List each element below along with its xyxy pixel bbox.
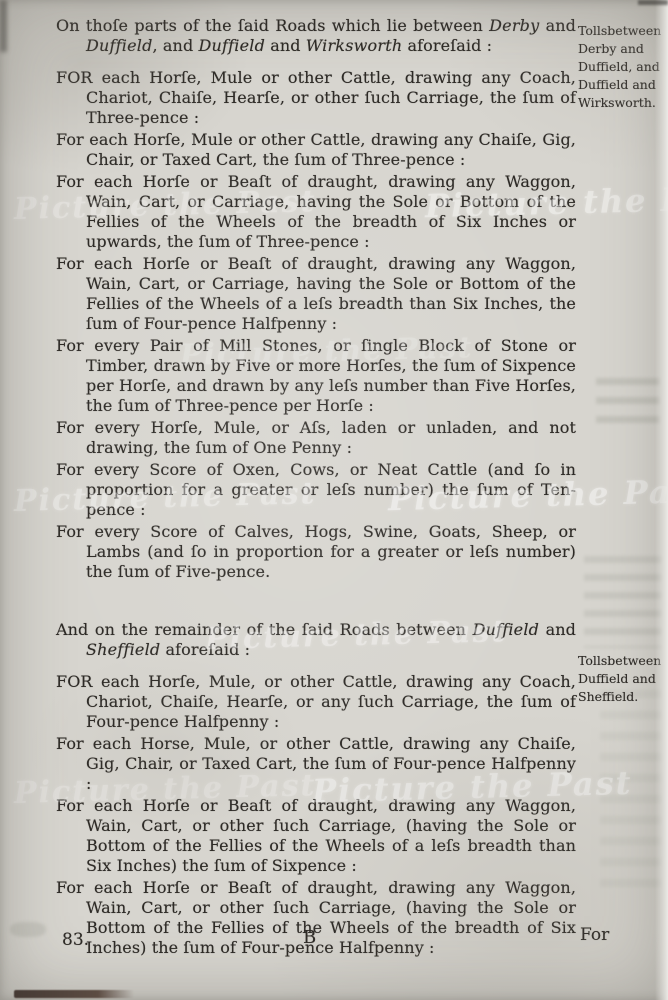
section-intro: And on the remainder of the ſaid Roads b…	[56, 620, 576, 660]
margin-note-line: Sheffield.	[578, 688, 666, 706]
margin-note-line: Derby and	[578, 40, 666, 58]
scan-bottom-mark	[14, 990, 134, 998]
margin-note-line: Duffield and	[578, 670, 666, 688]
toll-paragraph: For each Horſe, Mule or other Cattle, dr…	[56, 130, 576, 170]
toll-paragraph: For every Score of Oxen, Cows, or Neat C…	[56, 460, 576, 520]
show-through-smudge	[584, 556, 662, 648]
margin-note-line: Wirksworth.	[578, 94, 666, 112]
show-through-smudge	[596, 378, 660, 430]
toll-paragraph: For each Horſe or Beaſt of draught, draw…	[56, 172, 576, 252]
toll-paragraph: For each Horſe or Beaſt of draught, draw…	[56, 254, 576, 334]
show-through-smudge	[10, 922, 46, 937]
toll-paragraph: For each Horse, Mule, or other Cattle, d…	[56, 734, 576, 794]
margin-note-line: Duffield, and	[578, 58, 666, 76]
scan-edge-highlight	[655, 0, 668, 1000]
margin-note-derby-wirksworth: TollsbetweenDerby andDuffield, andDuffie…	[578, 22, 666, 112]
toll-paragraph: FOR each Horſe, Mule, or other Cattle, d…	[56, 672, 576, 732]
toll-schedule-text: On thoſe parts of the ſaid Roads which l…	[56, 16, 576, 960]
margin-note-line: Tollsbetween	[578, 22, 666, 40]
scanned-document-page: On thoſe parts of the ſaid Roads which l…	[0, 0, 668, 1000]
toll-paragraph: FOR each Horſe, Mule or other Cattle, dr…	[56, 68, 576, 128]
toll-paragraph: For each Horſe or Beaſt of draught, draw…	[56, 796, 576, 876]
section-intro: On thoſe parts of the ſaid Roads which l…	[56, 16, 576, 56]
toll-paragraph: For every Pair of Mill Stones, or ſingle…	[56, 336, 576, 416]
margin-note-line: Tollsbetween	[578, 652, 666, 670]
toll-paragraph: For every Horſe, Mule, or Aſs, laden or …	[56, 418, 576, 458]
page-number: 83.	[62, 930, 89, 950]
scan-corner-shadow	[638, 0, 668, 5]
catchword: For	[580, 925, 609, 945]
show-through-smudge	[600, 690, 662, 900]
margin-note-line: Duffield and	[578, 76, 666, 94]
scan-corner-shadow	[0, 0, 7, 52]
toll-section-1: On thoſe parts of the ſaid Roads which l…	[56, 16, 576, 582]
signature-mark: B	[303, 927, 316, 948]
toll-section-2: And on the remainder of the ſaid Roads b…	[56, 620, 576, 958]
toll-paragraph: For every Score of Calves, Hogs, Swine, …	[56, 522, 576, 582]
margin-note-duffield-sheffield: TollsbetweenDuffield andSheffield.	[578, 652, 666, 706]
